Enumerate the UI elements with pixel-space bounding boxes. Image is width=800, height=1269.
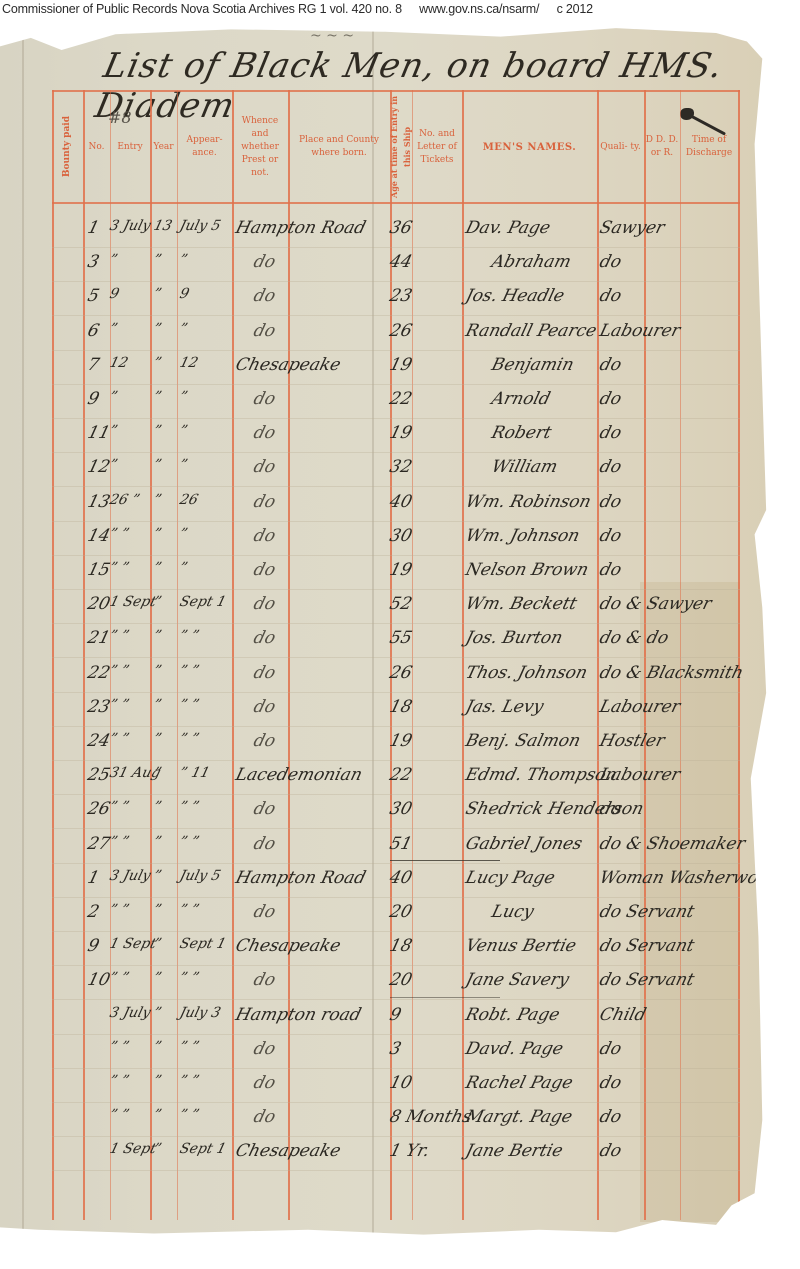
ledger-row: 201 Sept”Sept 1do52Wm. Beckettdo & Sawye… (52, 590, 740, 624)
cell-year: ” (152, 286, 163, 302)
cell-appearance: ” ” (178, 1107, 201, 1123)
cell-quality: do Servant (598, 936, 697, 956)
cell-whence: do (252, 1073, 278, 1093)
cell-appearance: Sept 1 (178, 1141, 228, 1157)
ink-separator (390, 997, 500, 999)
cell-age: 8 Months (388, 1107, 474, 1127)
cell-appearance: ” ” (178, 628, 201, 644)
cell-no: 12 (86, 457, 113, 477)
cell-age: 20 (388, 970, 415, 990)
cell-age: 3 (388, 1039, 404, 1059)
cell-name: Davd. Page (464, 1039, 566, 1059)
cell-no: 21 (86, 628, 113, 648)
cell-whence: do (252, 492, 278, 512)
cell-name: Jas. Levy (464, 697, 546, 717)
ledger-row: 2” ””” ”do20Lucydo Servant (52, 898, 740, 932)
cell-appearance: ” (178, 321, 189, 337)
cell-name: Arnold (490, 389, 553, 409)
cell-appearance: ” ” (178, 1073, 201, 1089)
cell-quality: do (598, 492, 624, 512)
cell-no: 13 (86, 492, 113, 512)
cell-appearance: ” ” (178, 663, 201, 679)
cell-quality: do & Shoemaker (598, 834, 748, 854)
cell-no: 7 (86, 355, 102, 375)
ledger-row: 15” ”””do19Nelson Browndo (52, 556, 740, 590)
cell-whence: Hampton road (234, 1005, 364, 1025)
header-place-born: Place and County where born. (288, 92, 390, 202)
cell-entry: ” ” (108, 902, 131, 918)
cell-age: 40 (388, 492, 415, 512)
cell-quality: do (598, 286, 624, 306)
cell-age: 52 (388, 594, 415, 614)
cell-entry: 1 Sept (108, 1141, 158, 1157)
cell-name: Wm. Beckett (464, 594, 579, 614)
ledger-row: 2531 Aug”” 11Lacedemonian22Edmd. Thompso… (52, 761, 740, 795)
cell-whence: do (252, 389, 278, 409)
cell-name: Benjamin (490, 355, 576, 375)
cell-name: Venus Bertie (464, 936, 579, 956)
ledger-row: 12”””do32Williamdo (52, 453, 740, 487)
cell-quality: Woman Washerwoman (598, 868, 798, 888)
cell-whence: do (252, 834, 278, 854)
cell-age: 30 (388, 799, 415, 819)
cell-whence: Chesapeake (234, 936, 343, 956)
ledger-row: 13 July”July 5Hampton Road40Lucy PageWom… (52, 864, 740, 898)
cell-age: 51 (388, 834, 415, 854)
cell-name: Nelson Brown (464, 560, 591, 580)
cell-whence: do (252, 1107, 278, 1127)
archive-copyright: c 2012 (557, 2, 593, 16)
cell-no: 25 (86, 765, 113, 785)
header-quality: Quali- ty. (597, 92, 644, 202)
cell-name: Robert (490, 423, 554, 443)
cell-quality: do (598, 252, 624, 272)
cell-no: 9 (86, 936, 102, 956)
cell-quality: do (598, 560, 624, 580)
archive-credit: Commissioner of Public Records Nova Scot… (2, 2, 402, 16)
ledger-paper: ~ ~ ~ List of Black Men, on board HMS. D… (0, 22, 770, 1242)
cell-name: Margt. Page (464, 1107, 575, 1127)
cell-appearance: ” (178, 252, 189, 268)
cell-entry: ” (108, 389, 119, 405)
cell-year: ” (152, 628, 163, 644)
cell-age: 30 (388, 526, 415, 546)
cell-appearance: ” ” (178, 799, 201, 815)
cell-quality: Labourer (598, 765, 683, 785)
cell-year: ” (152, 1073, 163, 1089)
cell-name: Edmd. Thompson (464, 765, 620, 785)
cell-name: Wm. Johnson (464, 526, 582, 546)
cell-year: ” (152, 834, 163, 850)
title-scribble: ~ ~ ~ (310, 28, 354, 44)
cell-name: Lucy (490, 902, 536, 922)
cell-no: 20 (86, 594, 113, 614)
cell-quality: do (598, 355, 624, 375)
cell-entry: ” ” (108, 663, 131, 679)
cell-quality: do Servant (598, 970, 697, 990)
cell-quality: do (598, 1039, 624, 1059)
ledger-row: 3”””do44Abrahamdo (52, 248, 740, 282)
cell-quality: do & do (598, 628, 671, 648)
header-whence: Whence and whether Prest or not. (232, 92, 288, 202)
ledger-row: 91 Sept”Sept 1Chesapeake18Venus Bertiedo… (52, 932, 740, 966)
cell-age: 23 (388, 286, 415, 306)
cell-entry: ” ” (108, 526, 131, 542)
cell-appearance: 9 (178, 286, 191, 302)
cell-whence: do (252, 902, 278, 922)
header-bounty-paid: Bounty paid (52, 92, 83, 202)
cell-quality: Labourer (598, 321, 683, 341)
cell-appearance: Sept 1 (178, 936, 228, 952)
cell-whence: Chesapeake (234, 355, 343, 375)
cell-quality: do (598, 457, 624, 477)
cell-year: ” (152, 389, 163, 405)
cell-entry: ” ” (108, 1039, 131, 1055)
cell-whence: Chesapeake (234, 1141, 343, 1161)
cell-whence: do (252, 252, 278, 272)
cell-age: 26 (388, 663, 415, 683)
cell-no: 23 (86, 697, 113, 717)
ledger-row: ” ””” ”do3Davd. Pagedo (52, 1035, 740, 1069)
ledger-row: 14” ”””do30Wm. Johnsondo (52, 522, 740, 556)
cell-age: 10 (388, 1073, 415, 1093)
cell-year: ” (152, 799, 163, 815)
cell-entry: ” ” (108, 834, 131, 850)
cell-whence: Hampton Road (234, 868, 368, 888)
row-rule (52, 1170, 740, 1171)
cell-age: 18 (388, 936, 415, 956)
cell-name: Jos. Burton (464, 628, 565, 648)
cell-no: 5 (86, 286, 102, 306)
cell-appearance: ” (178, 526, 189, 542)
cell-appearance: July 5 (178, 218, 222, 234)
ledger-row: 21” ””” ”do55Jos. Burtondo & do (52, 624, 740, 658)
cell-name: Thos. Johnson (464, 663, 590, 683)
cell-no: 9 (86, 389, 102, 409)
cell-entry: ” ” (108, 1073, 131, 1089)
cell-whence: Hampton Road (234, 218, 368, 238)
cell-appearance: 26 (178, 492, 200, 508)
cell-entry: ” ” (108, 731, 131, 747)
ink-separator (390, 860, 500, 862)
cell-name: Wm. Robinson (464, 492, 594, 512)
cell-whence: do (252, 697, 278, 717)
cell-year: ” (152, 526, 163, 542)
cell-appearance: July 5 (178, 868, 222, 884)
cell-no: 14 (86, 526, 113, 546)
cell-whence: do (252, 526, 278, 546)
ledger-row: 27” ””” ”do51Gabriel Jonesdo & Shoemaker (52, 830, 740, 864)
cell-appearance: ” (178, 457, 189, 473)
cell-name: Dav. Page (464, 218, 553, 238)
cell-whence: do (252, 970, 278, 990)
header-age: Age at time of Entry in this Ship (390, 92, 412, 202)
cell-year: ” (152, 355, 163, 371)
cell-year: ” (152, 868, 163, 884)
cell-age: 40 (388, 868, 415, 888)
cell-whence: do (252, 286, 278, 306)
cell-year: ” (152, 902, 163, 918)
cell-age: 19 (388, 423, 415, 443)
header-mens-names: MEN'S NAMES. (462, 92, 597, 202)
cell-age: 9 (388, 1005, 404, 1025)
ledger-row: 1 Sept”Sept 1Chesapeake1 Yr.Jane Bertied… (52, 1137, 740, 1171)
cell-whence: do (252, 1039, 278, 1059)
cell-year: ” (152, 697, 163, 713)
ledger-row: 11”””do19Robertdo (52, 419, 740, 453)
cell-appearance: ” ” (178, 970, 201, 986)
cell-age: 22 (388, 765, 415, 785)
header-discharge: Time of Discharge (680, 92, 738, 202)
cell-quality: do (598, 526, 624, 546)
ledger-row: ” ””” ”do10Rachel Pagedo (52, 1069, 740, 1103)
cell-appearance: Sept 1 (178, 594, 228, 610)
cell-whence: Lacedemonian (234, 765, 365, 785)
ledger-table: #8 Bounty paid No. Entry Year Appear- an… (52, 90, 740, 1220)
cell-quality: Labourer (598, 697, 683, 717)
ledger-row: 59”9do23Jos. Headledo (52, 282, 740, 316)
ledger-row: 3 July”July 3Hampton road9Robt. PageChil… (52, 1001, 740, 1035)
cell-entry: ” ” (108, 628, 131, 644)
cell-entry: ” ” (108, 970, 131, 986)
cell-no: 6 (86, 321, 102, 341)
cell-no: 24 (86, 731, 113, 751)
ledger-row: 13 July13July 5Hampton Road36Dav. PageSa… (52, 214, 740, 248)
cell-age: 19 (388, 560, 415, 580)
cell-entry: 1 Sept (108, 594, 158, 610)
cell-year: 13 (152, 218, 174, 234)
cell-entry: 3 July (108, 868, 152, 884)
ledger-row: 6”””do26Randall PearceLabourer (52, 317, 740, 351)
cell-name: Robt. Page (464, 1005, 562, 1025)
cell-no: 26 (86, 799, 113, 819)
header-number: No. (83, 92, 110, 202)
cell-age: 22 (388, 389, 415, 409)
cell-name: Benj. Salmon (464, 731, 583, 751)
cell-whence: do (252, 560, 278, 580)
header-appearance: Appear- ance. (177, 92, 232, 202)
ledger-row: 22” ””” ”do26Thos. Johnsondo & Blacksmit… (52, 659, 740, 693)
paper-fold (22, 22, 24, 1242)
cell-appearance: ” (178, 560, 189, 576)
cell-entry: 12 (108, 355, 130, 371)
cell-no: 2 (86, 902, 102, 922)
cell-no: 27 (86, 834, 113, 854)
archive-caption: Commissioner of Public Records Nova Scot… (2, 2, 607, 16)
cell-year: ” (152, 457, 163, 473)
header-year: Year (150, 92, 177, 202)
cell-quality: do Servant (598, 902, 697, 922)
cell-name: William (490, 457, 560, 477)
cell-whence: do (252, 663, 278, 683)
cell-age: 1 Yr. (388, 1141, 432, 1161)
cell-entry: ” (108, 252, 119, 268)
cell-no: 1 (86, 218, 102, 238)
cell-entry: 9 (108, 286, 121, 302)
cell-entry: 3 July (108, 218, 152, 234)
cell-appearance: ” (178, 389, 189, 405)
cell-whence: do (252, 457, 278, 477)
cell-appearance: July 3 (178, 1005, 222, 1021)
cell-whence: do (252, 594, 278, 614)
cell-entry: ” ” (108, 697, 131, 713)
cell-age: 26 (388, 321, 415, 341)
cell-entry: ” (108, 321, 119, 337)
cell-no: 22 (86, 663, 113, 683)
cell-whence: do (252, 321, 278, 341)
cell-age: 19 (388, 731, 415, 751)
ledger-row: 23” ””” ”do18Jas. LevyLabourer (52, 693, 740, 727)
cell-name: Jane Bertie (464, 1141, 565, 1161)
cell-no: 11 (86, 423, 113, 443)
cell-age: 44 (388, 252, 415, 272)
cell-year: ” (152, 423, 163, 439)
header-ticket: No. and Letter of Tickets (412, 92, 462, 202)
cell-year: ” (152, 731, 163, 747)
ledger-row: 10” ””” ”do20Jane Saverydo Servant (52, 966, 740, 1000)
cell-appearance: ” 11 (178, 765, 211, 781)
cell-appearance: ” ” (178, 697, 201, 713)
cell-no: 3 (86, 252, 102, 272)
cell-entry: 3 July (108, 1005, 152, 1021)
cell-age: 19 (388, 355, 415, 375)
cell-year: ” (152, 252, 163, 268)
cell-quality: do (598, 1107, 624, 1127)
cell-year: ” (152, 663, 163, 679)
cell-whence: do (252, 799, 278, 819)
cell-entry: ” ” (108, 560, 131, 576)
cell-appearance: ” ” (178, 902, 201, 918)
cell-age: 36 (388, 218, 415, 238)
cell-name: Lucy Page (464, 868, 558, 888)
cell-appearance: 12 (178, 355, 200, 371)
header-ddr: D D. D. or R. (644, 92, 680, 202)
cell-whence: do (252, 423, 278, 443)
header-entry: Entry (110, 92, 150, 202)
cell-entry: ” ” (108, 799, 131, 815)
cell-quality: do & Blacksmith (598, 663, 746, 683)
cell-age: 20 (388, 902, 415, 922)
cell-year: ” (152, 970, 163, 986)
cell-quality: do & Sawyer (598, 594, 714, 614)
cell-quality: Hostler (598, 731, 667, 751)
cell-name: Jos. Headle (464, 286, 567, 306)
archive-url: www.gov.ns.ca/nsarm/ (419, 2, 539, 16)
cell-year: ” (152, 1005, 163, 1021)
cell-name: Randall Pearce (464, 321, 599, 341)
cell-name: Rachel Page (464, 1073, 575, 1093)
ledger-row: 9”””do22Arnolddo (52, 385, 740, 419)
cell-year: ” (152, 321, 163, 337)
cell-whence: do (252, 628, 278, 648)
cell-quality: do (598, 1141, 624, 1161)
cell-name: Gabriel Jones (464, 834, 585, 854)
cell-quality: Child (598, 1005, 649, 1025)
cell-quality: do (598, 423, 624, 443)
ledger-row: 1326 ””26do40Wm. Robinsondo (52, 488, 740, 522)
cell-year: ” (152, 492, 163, 508)
cell-appearance: ” (178, 423, 189, 439)
cell-appearance: ” ” (178, 731, 201, 747)
cell-quality: do (598, 389, 624, 409)
cell-appearance: ” ” (178, 1039, 201, 1055)
cell-name: Abraham (490, 252, 574, 272)
cell-entry: ” ” (108, 1107, 131, 1123)
cell-appearance: ” ” (178, 834, 201, 850)
cell-age: 55 (388, 628, 415, 648)
cell-year: ” (152, 1039, 163, 1055)
cell-year: ” (152, 560, 163, 576)
cell-entry: 26 ” (108, 492, 141, 508)
ledger-row: 712”12Chesapeake19Benjamindo (52, 351, 740, 385)
cell-no: 10 (86, 970, 113, 990)
cell-entry: 1 Sept (108, 936, 158, 952)
ledger-row: ” ””” ”do8 MonthsMargt. Pagedo (52, 1103, 740, 1137)
cell-name: Jane Savery (464, 970, 572, 990)
cell-quality: do (598, 1073, 624, 1093)
ledger-row: 26” ””” ”do30Shedrick Hendersondo (52, 795, 740, 829)
cell-no: 1 (86, 868, 102, 888)
cell-no: 15 (86, 560, 113, 580)
cell-age: 32 (388, 457, 415, 477)
ledger-row: 24” ””” ”do19Benj. SalmonHostler (52, 727, 740, 761)
cell-whence: do (252, 731, 278, 751)
cell-quality: Sawyer (598, 218, 667, 238)
cell-year: ” (152, 1107, 163, 1123)
cell-age: 18 (388, 697, 415, 717)
